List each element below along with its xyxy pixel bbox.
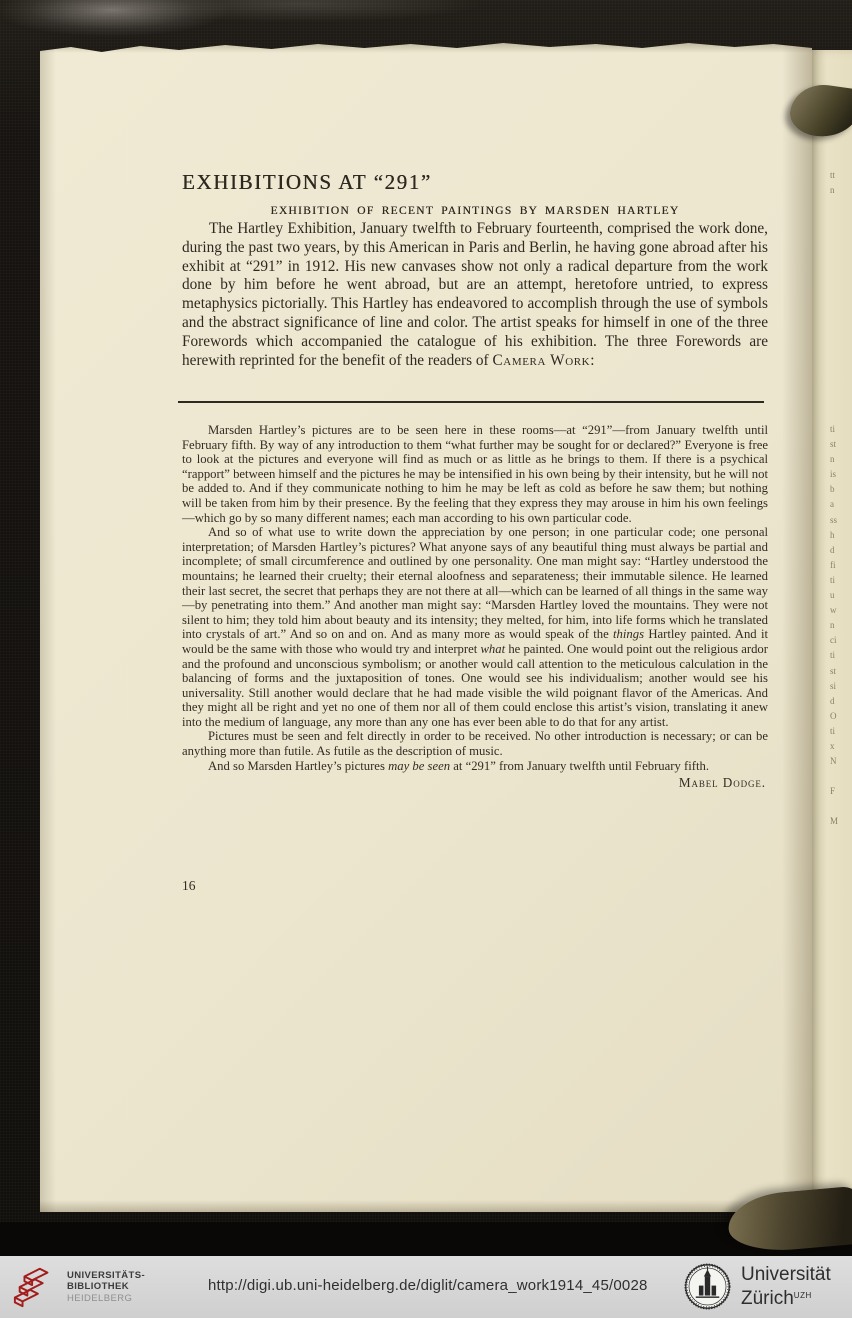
adjacent-page-text-fragments: ti st n is b a ss h d fi ti u w n ci ti … <box>830 422 838 830</box>
heidelberg-books-icon <box>12 1264 58 1310</box>
scan-shadow-band <box>0 1222 852 1258</box>
uzh-name: Universität <box>741 1264 831 1286</box>
uzh-logo: Universität ZürichUZH <box>684 1263 831 1310</box>
digitization-footer: UNIVERSITÄTS- BIBLIOTHEK HEIDELBERG http… <box>0 1256 852 1318</box>
quoted-paragraph: And so of what use to write down the app… <box>182 525 768 729</box>
divider-rule <box>178 401 764 403</box>
section-subtitle: EXHIBITION OF RECENT PAINTINGS BY MARSDE… <box>182 205 768 217</box>
signature: Mabel Dodge. <box>182 776 768 791</box>
uzh-label: Universität ZürichUZH <box>741 1264 831 1310</box>
scanned-book-view: tt n ti st n is b a ss h d fi ti u w n c… <box>0 0 852 1318</box>
heidelberg-library-label: UNIVERSITÄTS- BIBLIOTHEK HEIDELBERG <box>67 1270 145 1305</box>
book-page: EXHIBITIONS AT “291” EXHIBITION OF RECEN… <box>40 42 812 1212</box>
quoted-paragraph: And so Marsden Hartley’s pictures may be… <box>182 759 768 774</box>
page-number: 16 <box>182 878 196 894</box>
page-title: EXHIBITIONS AT “291” <box>182 170 432 195</box>
heidelberg-library-logo: UNIVERSITÄTS- BIBLIOTHEK HEIDELBERG <box>12 1264 145 1310</box>
quoted-foreword: Marsden Hartley’s pictures are to be see… <box>182 423 768 791</box>
quoted-paragraph: Pictures must be seen and felt directly … <box>182 729 768 758</box>
adjacent-page-edge: tt n ti st n is b a ss h d fi ti u w n c… <box>806 50 852 1236</box>
quoted-paragraph: Marsden Hartley’s pictures are to be see… <box>182 423 768 525</box>
intro-paragraph: The Hartley Exhibition, January twelfth … <box>182 220 768 370</box>
uzh-seal-icon <box>684 1263 731 1310</box>
uzh-city-line: ZürichUZH <box>741 1285 831 1310</box>
adjacent-page-text-fragments: tt n <box>830 168 835 198</box>
source-url: http://digi.ub.uni-heidelberg.de/diglit/… <box>208 1277 648 1294</box>
